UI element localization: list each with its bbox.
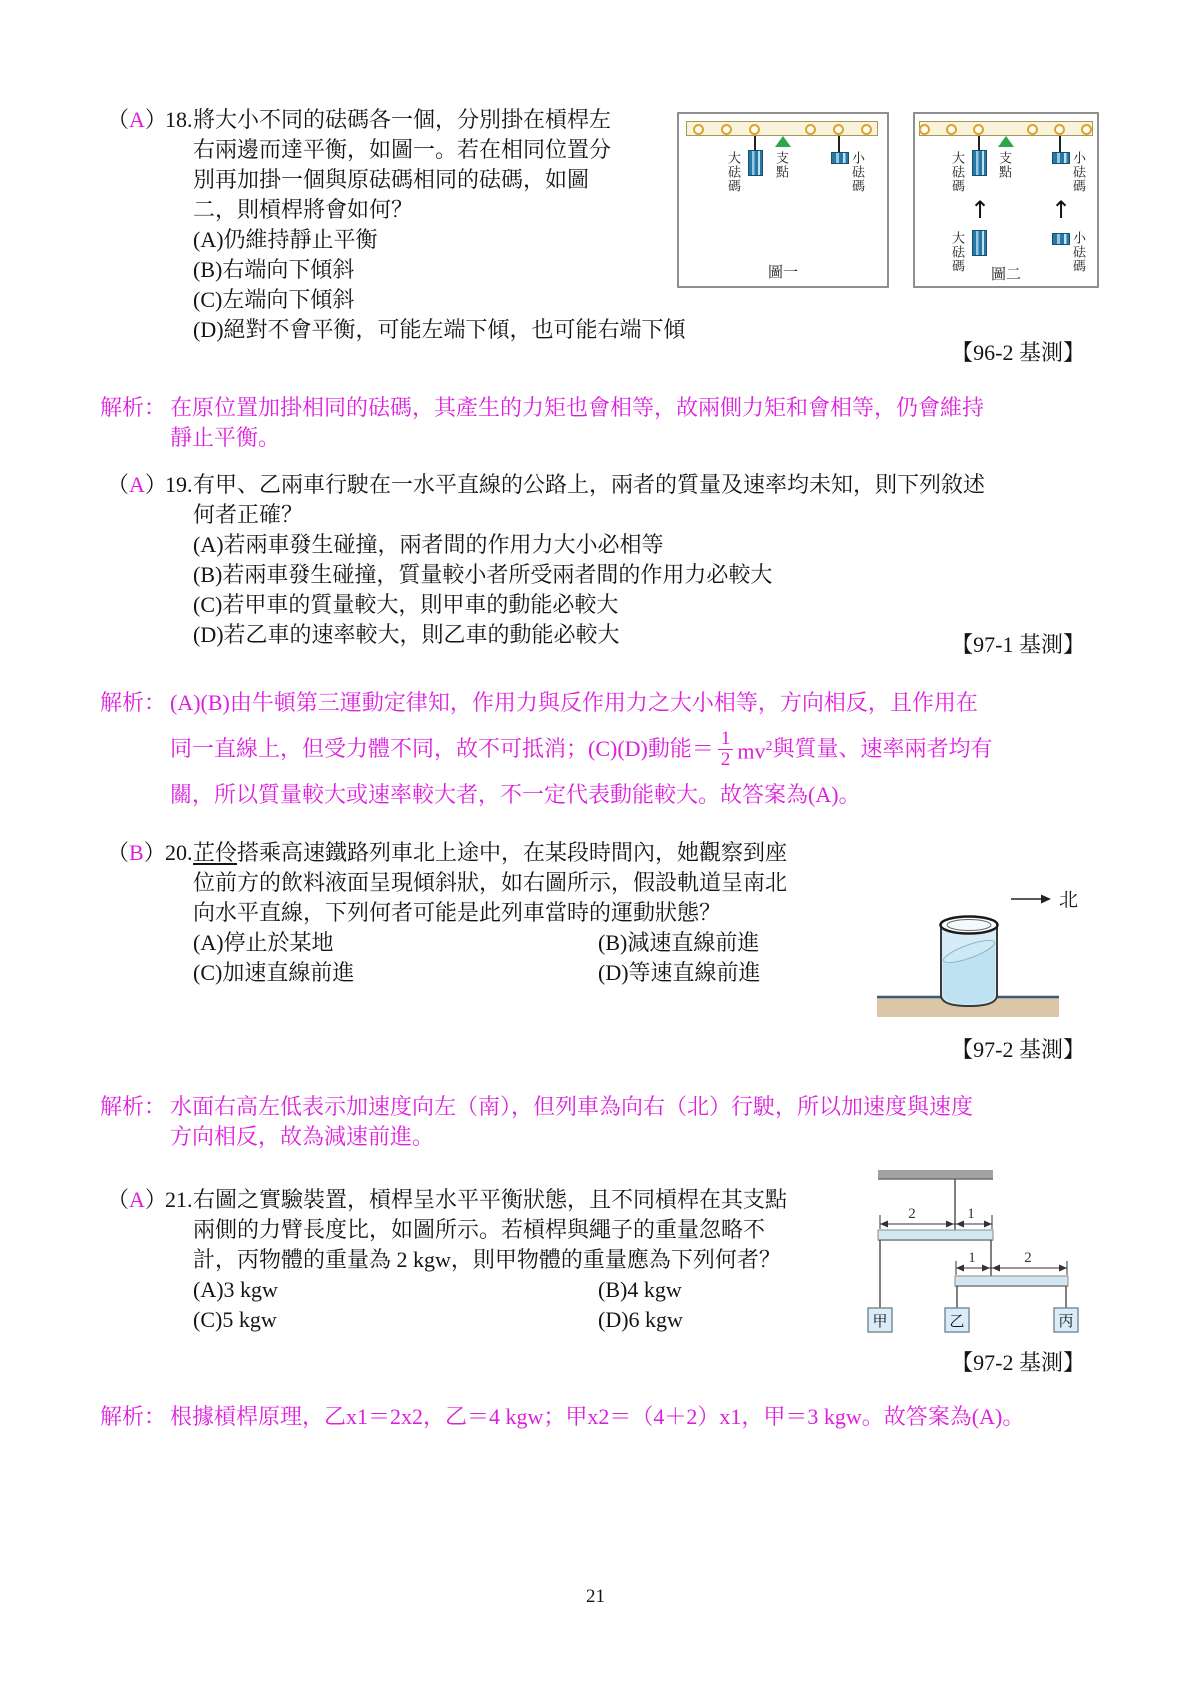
weight-label-bing: 丙: [1058, 1313, 1073, 1330]
large-weight-label: 大砝碼: [950, 151, 964, 193]
question-18-figures: 支點 大砝碼 小砝碼 圖一 支點 大砝碼 小砝碼 ↑: [677, 112, 1099, 288]
large-weight-label: 大砝碼: [726, 151, 740, 193]
question-18-option-b: (B)右端向下傾斜: [193, 255, 686, 285]
fraction-one-half: 12: [718, 729, 734, 770]
analysis-label: 解析：: [100, 1402, 170, 1432]
dim-arrow-icon: [880, 1221, 888, 1228]
lever-hole: [861, 124, 872, 135]
question-21-line: 計，丙物體的重量為 2 kgw，則甲物體的重量應為下列何者？: [193, 1245, 787, 1275]
question-21-option-d: (D)6 kgw: [598, 1305, 787, 1335]
question-number-20: 20.: [165, 838, 193, 868]
question-21-options-row: (C)5 kgw (D)6 kgw: [193, 1305, 787, 1335]
fraction-denominator: 2: [718, 749, 734, 770]
analysis-21-body: 根據槓桿原理，乙x1＝2x2，乙＝4 kgw；甲x2＝（4＋2）x1，甲＝3 k…: [170, 1402, 1024, 1432]
fulcrum-triangle-icon: [998, 136, 1014, 147]
lever-hole: [1027, 124, 1038, 135]
question-19-option-d: (D)若乙車的速率較大，則乙車的動能必較大: [193, 620, 985, 650]
question-21-figure-levers: 2 1 1 2 甲 乙: [855, 1163, 1100, 1361]
analysis-21-line: 根據槓桿原理，乙x1＝2x2，乙＝4 kgw；甲x2＝（4＋2）x1，甲＝3 k…: [170, 1402, 1024, 1432]
dim-label-1: 1: [967, 1206, 975, 1222]
question-21-options-row: (A)3 kgw (B)4 kgw: [193, 1275, 787, 1305]
answer-letter-20: B: [129, 840, 144, 865]
question-20-option-a: (A)停止於某地: [193, 928, 598, 958]
question-18-line: 別再加掛一個與原砝碼相同的砝碼，如圖: [193, 165, 686, 195]
analysis-18-body: 在原位置加掛相同的砝碼，其產生的力矩也會相等，故兩側力矩和會相等，仍會維持 靜止…: [170, 393, 984, 453]
question-20-options-row: (A)停止於某地 (B)減速直線前進: [193, 928, 787, 958]
lever-hole: [1054, 124, 1065, 135]
exam-answer-page: （A） 18. 將大小不同的砝碼各一個，分別掛在槓桿左 右兩邊而達平衡，如圖一。…: [0, 0, 1191, 1684]
source-tag-18: 【96-2 基測】: [951, 338, 1085, 368]
question-21-body: 右圖之實驗裝置，槓桿呈水平平衡狀態，且不同槓桿在其支點 兩側的力臂長度比，如圖所…: [193, 1185, 787, 1335]
lever-hole: [749, 124, 760, 135]
lever-hole: [946, 124, 957, 135]
question-21-option-c: (C)5 kgw: [193, 1305, 598, 1335]
question-18: （A） 18. 將大小不同的砝碼各一個，分別掛在槓桿左 右兩邊而達平衡，如圖一。…: [107, 105, 686, 345]
question-20-line: 芷伶搭乘高速鐵路列車北上途中，在某段時間內，她觀察到座: [193, 838, 787, 868]
source-tag-19: 【97-1 基測】: [951, 630, 1085, 660]
dim-arrow-icon: [956, 1221, 964, 1228]
figure-2-lever-added-weights: 支點 大砝碼 小砝碼 ↑ ↑ 大砝碼 小砝碼 圖二: [913, 112, 1099, 288]
answer-paren-open: （: [107, 1187, 129, 1212]
formula-variable: mv: [737, 738, 765, 763]
figure-1-caption: 圖一: [679, 264, 887, 282]
question-20: （B） 20. 芷伶搭乘高速鐵路列車北上途中，在某段時間內，她觀察到座 位前方的…: [107, 838, 787, 988]
lever-hole: [973, 124, 984, 135]
answer-paren-open: （: [107, 840, 129, 865]
up-arrow-icon: ↑: [1051, 198, 1071, 222]
compound-lever-diagram: 2 1 1 2 甲 乙: [855, 1163, 1100, 1353]
dim-arrow-icon: [956, 1265, 964, 1272]
answer-letter-18: A: [129, 107, 145, 132]
page-number: 21: [0, 1582, 1191, 1612]
lever-hole: [833, 124, 844, 135]
large-weight: [748, 150, 763, 176]
analysis-18-line: 在原位置加掛相同的砝碼，其產生的力矩也會相等，故兩側力矩和會相等，仍會維持: [170, 393, 984, 423]
fulcrum-triangle-icon: [775, 136, 791, 147]
added-small-weight: [1052, 233, 1070, 245]
question-19-option-c: (C)若甲車的質量較大，則甲車的動能必較大: [193, 590, 985, 620]
analysis-21: 解析： 根據槓桿原理，乙x1＝2x2，乙＝4 kgw；甲x2＝（4＋2）x1，甲…: [100, 1402, 1024, 1432]
added-large-weight: [972, 230, 987, 256]
question-20-option-b: (B)減速直線前進: [598, 928, 787, 958]
question-18-line: 二，則槓桿將會如何？: [193, 195, 686, 225]
north-arrow-head-icon: [1041, 895, 1051, 904]
answer-letter-21: A: [129, 1187, 145, 1212]
analysis-19-line: 關，所以質量較大或速率較大者，不一定代表動能較大。故答案為(A)。: [170, 780, 993, 810]
lever-hole: [919, 124, 930, 135]
answer-paren-close: ）: [145, 1187, 167, 1212]
hang-line: [1059, 136, 1061, 152]
question-18-line: 將大小不同的砝碼各一個，分別掛在槓桿左: [193, 105, 686, 135]
analysis-20: 解析： 水面右高左低表示加速度向左（南），但列車為向右（北）行駛，所以加速度與速…: [100, 1092, 973, 1152]
question-20-line: 位前方的飲料液面呈現傾斜狀，如右圖所示，假設軌道呈南北: [193, 868, 787, 898]
answer-paren-close: ）: [145, 472, 167, 497]
answer-paren-open: （: [107, 107, 129, 132]
question-19: （A） 19. 有甲、乙兩車行駛在一水平直線的公路上，兩者的質量及速率均未知，則…: [107, 470, 985, 650]
weight-label-jia: 甲: [872, 1313, 887, 1330]
answer-letter-19: A: [129, 472, 145, 497]
analysis-label: 解析：: [100, 688, 170, 810]
source-tag-20: 【97-2 基測】: [951, 1035, 1085, 1065]
answer-18: （A）: [107, 105, 165, 135]
question-21-option-a: (A)3 kgw: [193, 1275, 598, 1305]
upper-lever: [878, 1230, 993, 1240]
formula-prefix: 同一直線上，但受力體不同，故不可抵消；(C)(D)動能＝: [170, 734, 714, 764]
question-20-option-c: (C)加速直線前進: [193, 958, 598, 988]
question-number-21: 21.: [165, 1185, 193, 1215]
lever-hole: [721, 124, 732, 135]
hang-line: [978, 136, 980, 150]
analysis-18: 解析： 在原位置加掛相同的砝碼，其產生的力矩也會相等，故兩側力矩和會相等，仍會維…: [100, 393, 984, 453]
answer-paren-close: ）: [145, 107, 167, 132]
lever-hole: [1081, 124, 1092, 135]
analysis-label: 解析：: [100, 1092, 170, 1152]
lower-lever: [955, 1276, 1068, 1286]
formula-suffix: 與質量、速率兩者均有: [773, 734, 993, 764]
lever-hole: [805, 124, 816, 135]
question-19-line: 何者正確？: [193, 500, 985, 530]
small-weight: [831, 152, 849, 164]
lever-bar: [686, 121, 878, 136]
answer-20: （B）: [107, 838, 165, 868]
formula-exponent: 2: [766, 739, 773, 754]
figure-1-lever-balance: 支點 大砝碼 小砝碼 圖一: [677, 112, 889, 288]
dim-label-2: 2: [1024, 1250, 1032, 1266]
question-21: （A） 21. 右圖之實驗裝置，槓桿呈水平平衡狀態，且不同槓桿在其支點 兩側的力…: [107, 1185, 787, 1335]
small-weight-label: 小砝碼: [1071, 151, 1085, 193]
answer-21: （A）: [107, 1185, 165, 1215]
analysis-20-body: 水面右高左低表示加速度向左（南），但列車為向右（北）行駛，所以加速度與速度 方向…: [170, 1092, 973, 1152]
dim-label-2: 2: [908, 1206, 916, 1222]
dim-label-1: 1: [968, 1250, 976, 1266]
lever-hole: [693, 124, 704, 135]
cup-tilted-liquid-diagram: 北: [875, 885, 1090, 1033]
question-number-18: 18.: [165, 105, 193, 135]
question-20-option-d: (D)等速直線前進: [598, 958, 787, 988]
question-19-option-a: (A)若兩車發生碰撞，兩者間的作用力大小必相等: [193, 530, 985, 560]
dim-arrow-icon: [984, 1221, 992, 1228]
question-18-body: 將大小不同的砝碼各一個，分別掛在槓桿左 右兩邊而達平衡，如圖一。若在相同位置分 …: [193, 105, 686, 345]
fulcrum-label: 支點: [997, 151, 1011, 179]
cup-rim-inner: [947, 920, 991, 931]
question-21-line: 右圖之實驗裝置，槓桿呈水平平衡狀態，且不同槓桿在其支點: [193, 1185, 787, 1215]
analysis-18-line: 靜止平衡。: [170, 423, 984, 453]
small-weight: [1052, 152, 1070, 164]
question-18-line: 右兩邊而達平衡，如圖一。若在相同位置分: [193, 135, 686, 165]
analysis-19-formula-line: 同一直線上，但受力體不同，故不可抵消；(C)(D)動能＝12mv2與質量、速率兩…: [170, 718, 993, 780]
answer-19: （A）: [107, 470, 165, 500]
question-21-line: 兩側的力臂長度比，如圖所示。若槓桿與繩子的重量忽略不: [193, 1215, 787, 1245]
large-weight: [972, 150, 987, 176]
dim-arrow-icon: [982, 1265, 990, 1272]
dim-arrow-icon: [946, 1221, 954, 1228]
question-number-19: 19.: [165, 470, 193, 500]
answer-paren-open: （: [107, 472, 129, 497]
question-19-line: 有甲、乙兩車行駛在一水平直線的公路上，兩者的質量及速率均未知，則下列敘述: [193, 470, 985, 500]
source-tag-21: 【97-2 基測】: [951, 1348, 1085, 1378]
small-weight-label: 小砝碼: [850, 151, 864, 193]
fulcrum-label: 支點: [774, 151, 788, 179]
up-arrow-icon: ↑: [970, 198, 990, 222]
fraction-numerator: 1: [718, 729, 734, 749]
hang-line: [838, 136, 840, 152]
formula-mv: mv2: [737, 732, 772, 766]
ceiling-bar: [878, 1170, 993, 1179]
student-name: 芷伶: [193, 840, 237, 865]
question-18-option-d: (D)絕對不會平衡，可能左端下傾，也可能右端下傾: [193, 315, 686, 345]
question-20-line-rest: 搭乘高速鐵路列車北上途中，在某段時間內，她觀察到座: [237, 840, 787, 865]
dim-arrow-icon: [1059, 1265, 1067, 1272]
analysis-19: 解析： (A)(B)由牛頓第三運動定律知，作用力與反作用力之大小相等，方向相反，…: [100, 688, 993, 810]
dim-arrow-icon: [992, 1265, 1000, 1272]
analysis-19-body: (A)(B)由牛頓第三運動定律知，作用力與反作用力之大小相等，方向相反，且作用在…: [170, 688, 993, 810]
analysis-19-line: (A)(B)由牛頓第三運動定律知，作用力與反作用力之大小相等，方向相反，且作用在: [170, 688, 993, 718]
figure-2-caption: 圖二: [915, 266, 1097, 284]
question-20-line: 向水平直線，下列何者可能是此列車當時的運動狀態？: [193, 898, 787, 928]
answer-paren-close: ）: [144, 840, 166, 865]
analysis-20-line: 水面右高左低表示加速度向左（南），但列車為向右（北）行駛，所以加速度與速度: [170, 1092, 973, 1122]
weight-label-yi: 乙: [949, 1314, 964, 1330]
question-20-body: 芷伶搭乘高速鐵路列車北上途中，在某段時間內，她觀察到座 位前方的飲料液面呈現傾斜…: [193, 838, 787, 988]
question-18-option-c: (C)左端向下傾斜: [193, 285, 686, 315]
north-label: 北: [1059, 889, 1078, 911]
question-20-options-row: (C)加速直線前進 (D)等速直線前進: [193, 958, 787, 988]
question-19-option-b: (B)若兩車發生碰撞，質量較小者所受兩者間的作用力必較大: [193, 560, 985, 590]
hang-line: [754, 136, 756, 150]
question-19-body: 有甲、乙兩車行駛在一水平直線的公路上，兩者的質量及速率均未知，則下列敘述 何者正…: [193, 470, 985, 650]
question-18-option-a: (A)仍維持靜止平衡: [193, 225, 686, 255]
analysis-label: 解析：: [100, 393, 170, 453]
question-21-option-b: (B)4 kgw: [598, 1275, 787, 1305]
analysis-20-line: 方向相反，故為減速前進。: [170, 1122, 973, 1152]
question-20-figure-cup: 北: [875, 885, 1090, 1041]
